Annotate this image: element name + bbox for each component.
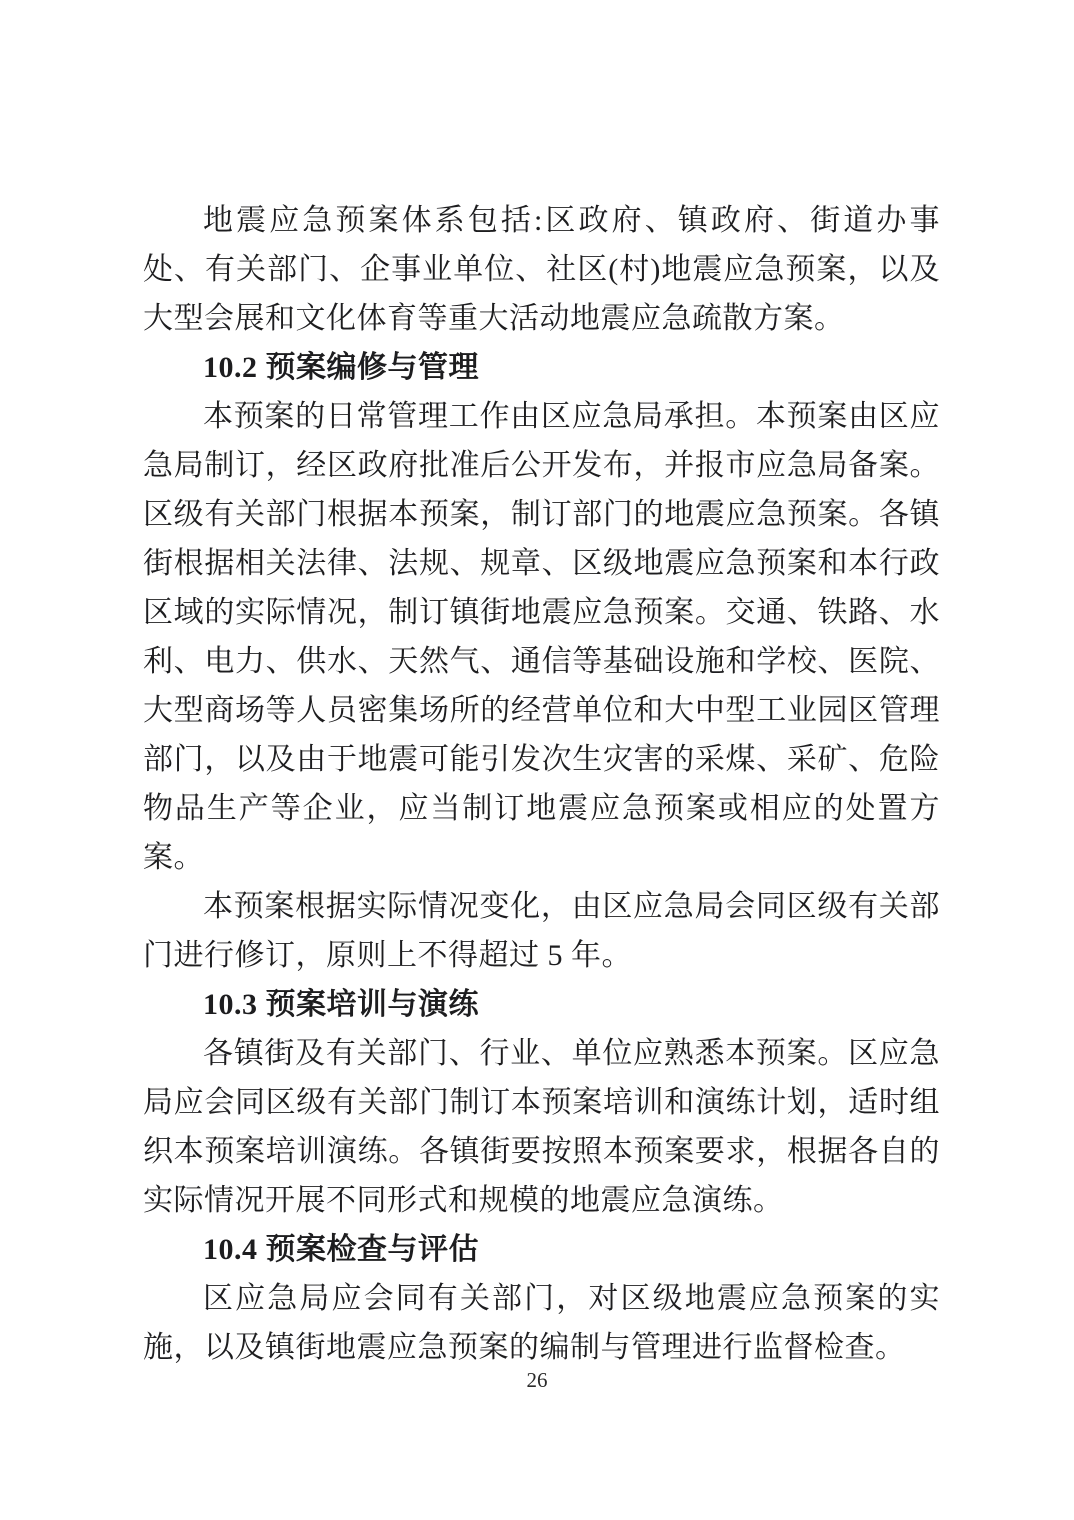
paragraph-plan-system: 地震应急预案体系包括:区政府、镇政府、街道办事处、有关部门、企事业单位、社区(村… — [143, 196, 940, 343]
page-number: 26 — [0, 1366, 1074, 1394]
section-heading-10-4: 10.4 预案检查与评估 — [143, 1225, 940, 1274]
paragraph-plan-revision: 本预案根据实际情况变化，由区应急局会同区级有关部门进行修订，原则上不得超过 5 … — [143, 882, 940, 980]
paragraph-plan-management: 本预案的日常管理工作由区应急局承担。本预案由区应急局制订，经区政府批准后公开发布… — [143, 392, 940, 882]
document-page: 地震应急预案体系包括:区政府、镇政府、街道办事处、有关部门、企事业单位、社区(村… — [0, 0, 1074, 1520]
section-heading-10-2: 10.2 预案编修与管理 — [143, 343, 940, 392]
section-heading-10-3: 10.3 预案培训与演练 — [143, 980, 940, 1029]
document-body: 地震应急预案体系包括:区政府、镇政府、街道办事处、有关部门、企事业单位、社区(村… — [143, 196, 940, 1372]
paragraph-training-drills: 各镇街及有关部门、行业、单位应熟悉本预案。区应急局应会同区级有关部门制订本预案培… — [143, 1029, 940, 1225]
paragraph-inspection-evaluation: 区应急局应会同有关部门，对区级地震应急预案的实施，以及镇街地震应急预案的编制与管… — [143, 1274, 940, 1372]
